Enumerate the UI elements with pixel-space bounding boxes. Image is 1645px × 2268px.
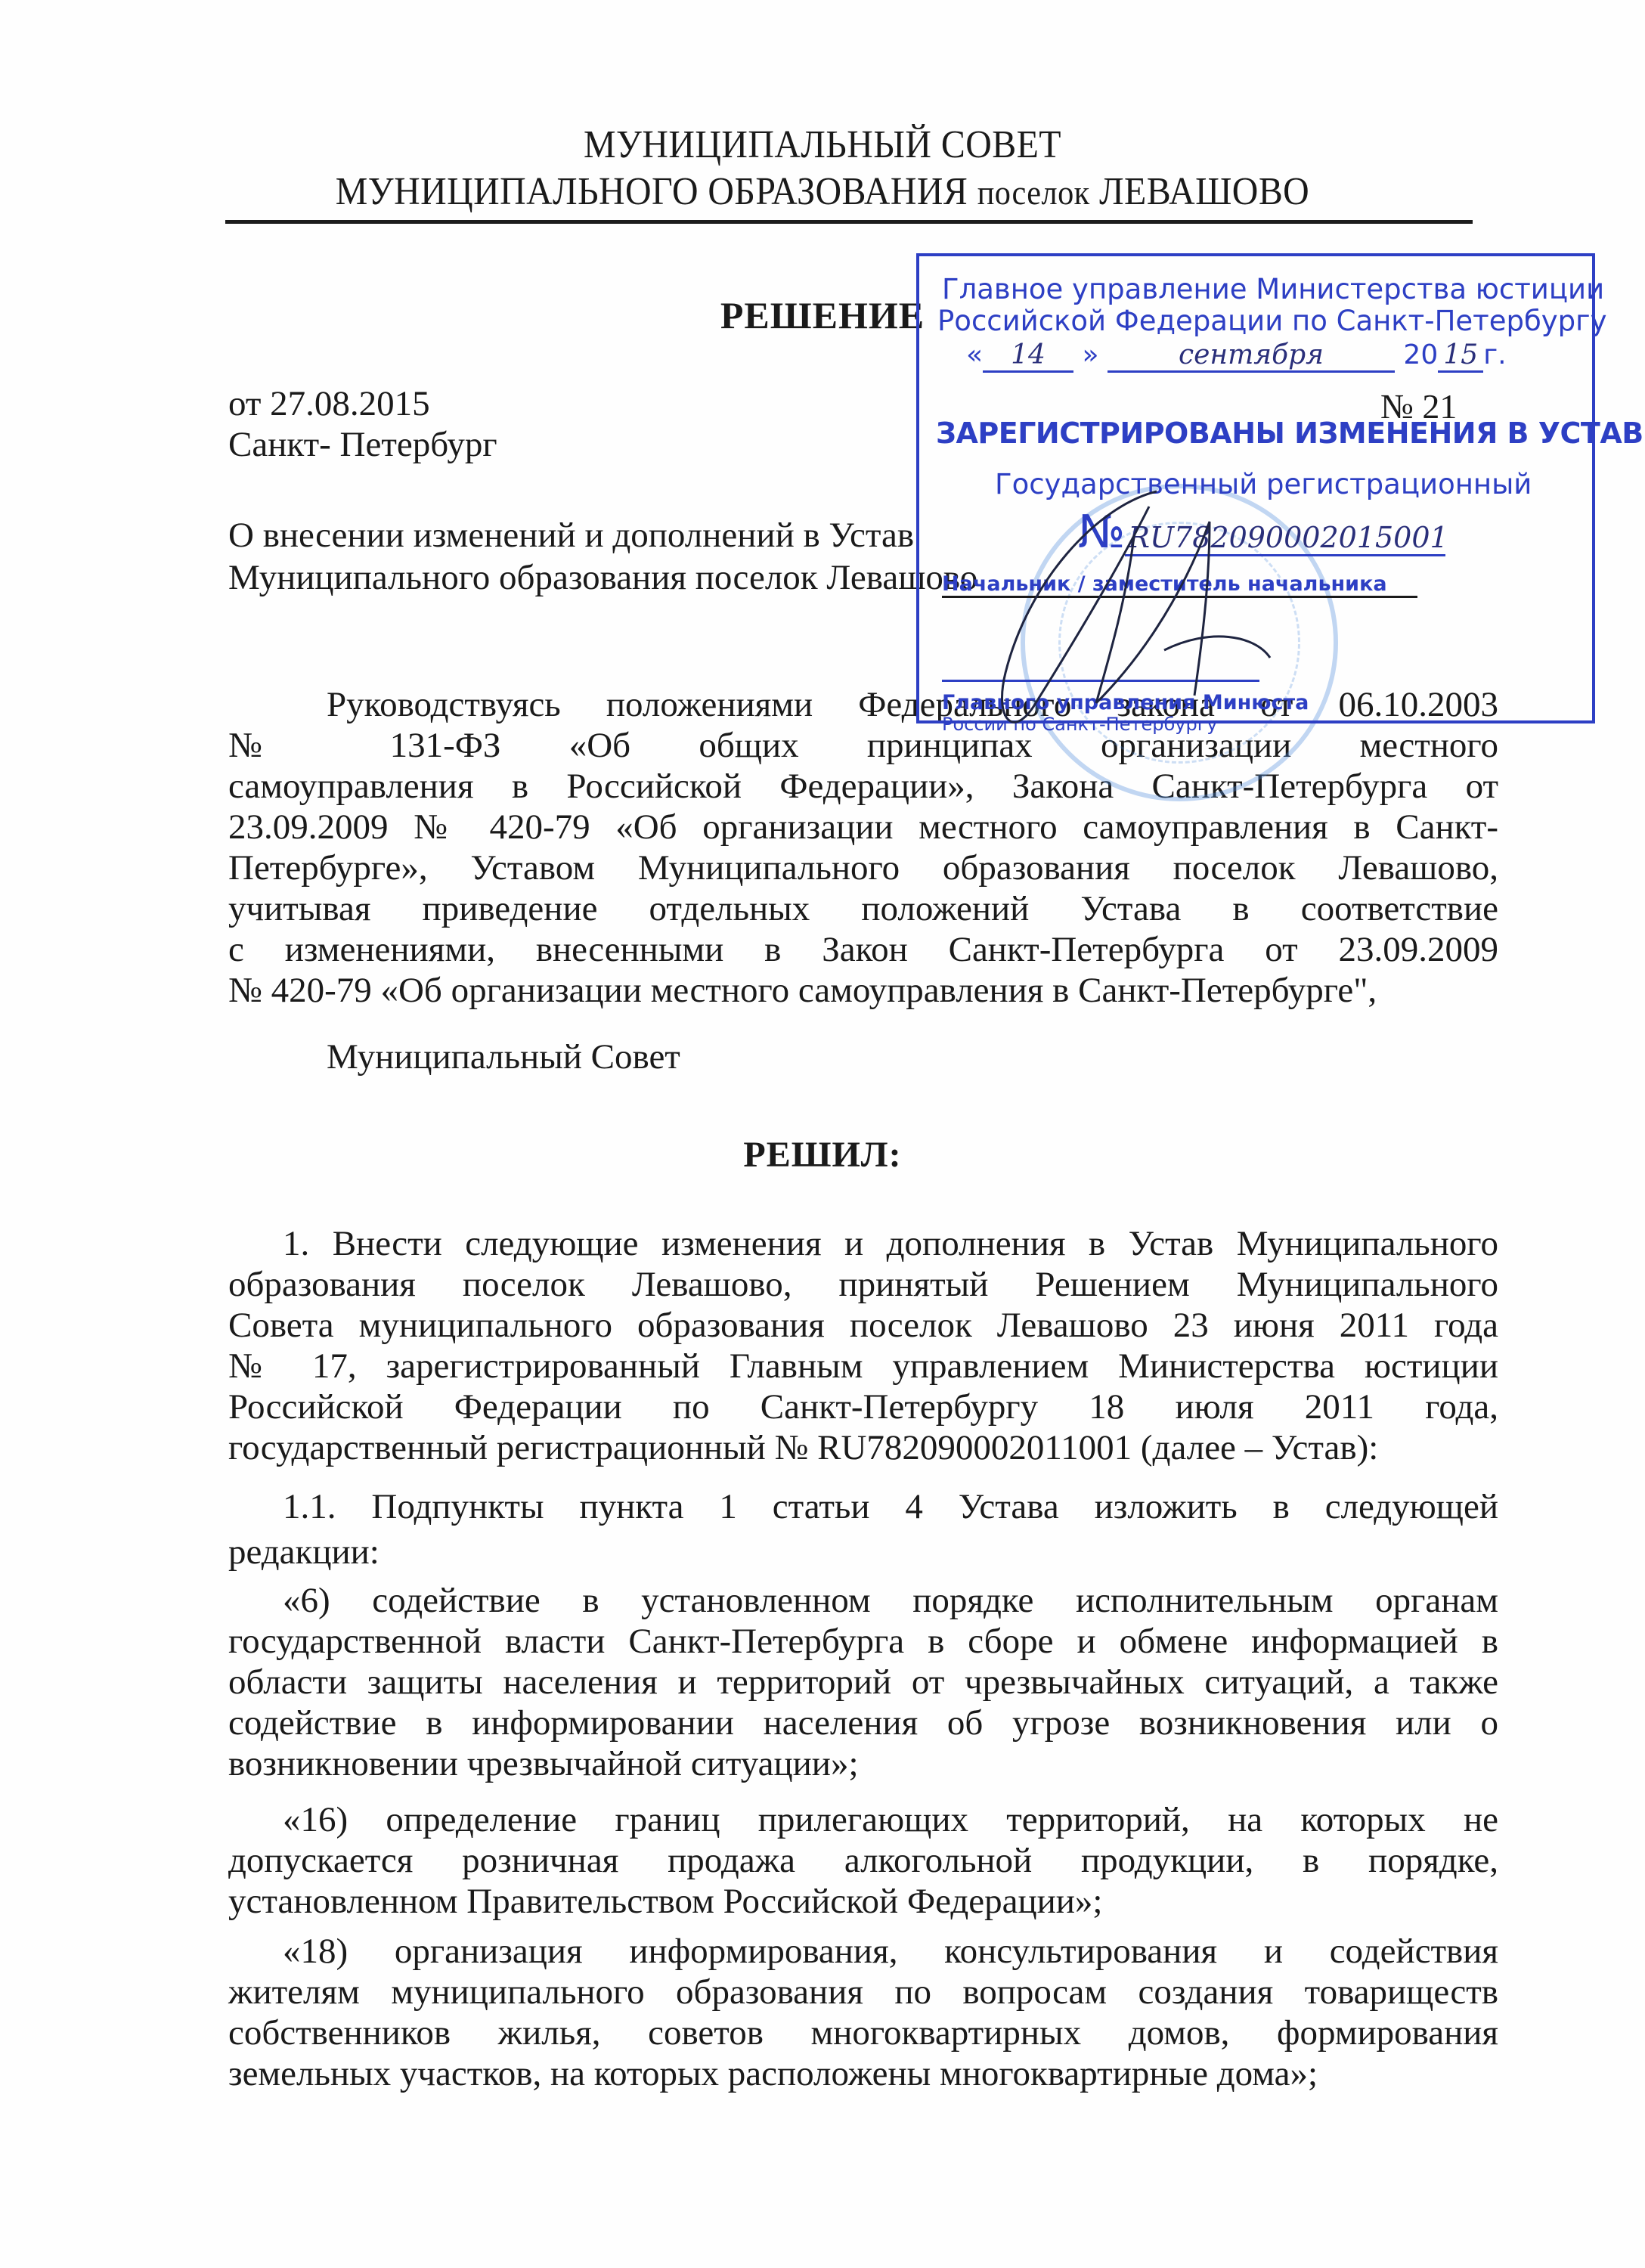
item-1-1: 1.1. Подпункты пункта 1 статьи 4 Устава … [228, 1486, 1498, 1572]
item-1-line: образования поселок Левашово, принятый Р… [228, 1264, 1498, 1305]
preamble-line: № 420-79 «Об организации местного самоуп… [228, 970, 1498, 1011]
item-1-1-line: 1.1. Подпункты пункта 1 статьи 4 Устава … [228, 1486, 1498, 1527]
item-1-line: 1. Внести следующие изменения и дополнен… [228, 1223, 1498, 1264]
subitem-6-line: области защиты населения и территорий от… [228, 1662, 1498, 1703]
stamp-registered-label: ЗАРЕГИСТРИРОВАНЫ ИЗМЕНЕНИЯ В УСТАВ [936, 417, 1643, 450]
council-name-heading: МУНИЦИПАЛЬНЫЙ СОВЕТ [66, 122, 1579, 168]
header-divider [225, 220, 1473, 224]
subitem-6-line: содействие в информировании населения об… [228, 1703, 1498, 1743]
resolved-heading: РЕШИЛ: [0, 1134, 1645, 1176]
item-1-line: Совета муниципального образования посело… [228, 1305, 1498, 1346]
subitem-6-line: возникновении чрезвычайной ситуации»; [228, 1743, 1498, 1784]
stamp-date-open: « [966, 339, 983, 370]
municipality-heading: МУНИЦИПАЛЬНОГО ОБРАЗОВАНИЯ поселок ЛЕВАШ… [66, 169, 1579, 215]
subitem-16-line: допускается розничная продажа алкогольно… [228, 1840, 1498, 1881]
subitem-16: «16) определение границ прилегающих терр… [228, 1799, 1498, 1922]
stamp-date-month: сентября [1108, 339, 1395, 373]
stamp-date-mid: » [1082, 339, 1098, 370]
stamp-date-year-suffix: 15 [1438, 339, 1483, 373]
subitem-16-line: «16) определение границ прилегающих терр… [228, 1799, 1498, 1840]
subitem-18-line: жителям муниципального образования по во… [228, 1972, 1498, 2012]
preamble-line: 23.09.2009 № 420-79 «Об организации мест… [228, 807, 1498, 847]
subitem-18-line: собственников жилья, советов многокварти… [228, 2012, 1498, 2053]
item-1-line: государственный регистрационный № RU7820… [228, 1427, 1498, 1468]
stamp-date-year-prefix: 20 [1403, 339, 1438, 370]
subitem-18-line: земельных участков, на которых расположе… [228, 2053, 1498, 2094]
item-1-1-line: редакции: [228, 1532, 1498, 1572]
council-subject: Муниципальный Совет [327, 1036, 680, 1078]
subject-line-1: О внесении изменений и дополнений в Уста… [228, 514, 914, 556]
subitem-18: «18) организация информирования, консуль… [228, 1931, 1498, 2094]
stamp-date: «14 » сентября 2015г. [966, 339, 1507, 373]
subitem-6-line: «6) содействие в установленном порядке и… [228, 1580, 1498, 1621]
preamble-line: с изменениями, внесенными в Закон Санкт-… [228, 929, 1498, 970]
document-city: Санкт- Петербург [228, 423, 497, 466]
municipality-heading-end: ЛЕВАШОВО [1099, 170, 1309, 213]
stamp-date-day: 14 [983, 339, 1073, 373]
item-1: 1. Внести следующие изменения и дополнен… [228, 1223, 1498, 1468]
subitem-18-line: «18) организация информирования, консуль… [228, 1931, 1498, 1972]
document-date: от 27.08.2015 [228, 383, 430, 425]
subject-line-2: Муниципального образования поселок Леваш… [228, 556, 977, 599]
subitem-6-line: государственной власти Санкт-Петербурга … [228, 1621, 1498, 1662]
subitem-16-line: установленном Правительством Российской … [228, 1881, 1498, 1922]
preamble-line: учитывая приведение отдельных положений … [228, 888, 1498, 929]
municipality-heading-main: МУНИЦИПАЛЬНОГО ОБРАЗОВАНИЯ [336, 170, 968, 213]
stamp-org-line-2: Российской Федерации по Санкт-Петербургу [937, 305, 1607, 337]
document-page: МУНИЦИПАЛЬНЫЙ СОВЕТ МУНИЦИПАЛЬНОГО ОБРАЗ… [0, 0, 1645, 2268]
item-1-line: Российской Федерации по Санкт-Петербургу… [228, 1387, 1498, 1427]
signature-icon [983, 476, 1361, 748]
municipality-heading-small: поселок [977, 173, 1090, 212]
subitem-6: «6) содействие в установленном порядке и… [228, 1580, 1498, 1784]
item-1-line: № 17, зарегистрированный Главным управле… [228, 1346, 1498, 1387]
stamp-org-line-1: Главное управление Министерства юстиции [942, 273, 1604, 305]
stamp-date-year-end: г. [1483, 339, 1506, 370]
preamble-line: самоуправления в Российской Федерации», … [228, 766, 1498, 807]
preamble-line: Петербурге», Уставом Муниципального обра… [228, 847, 1498, 888]
